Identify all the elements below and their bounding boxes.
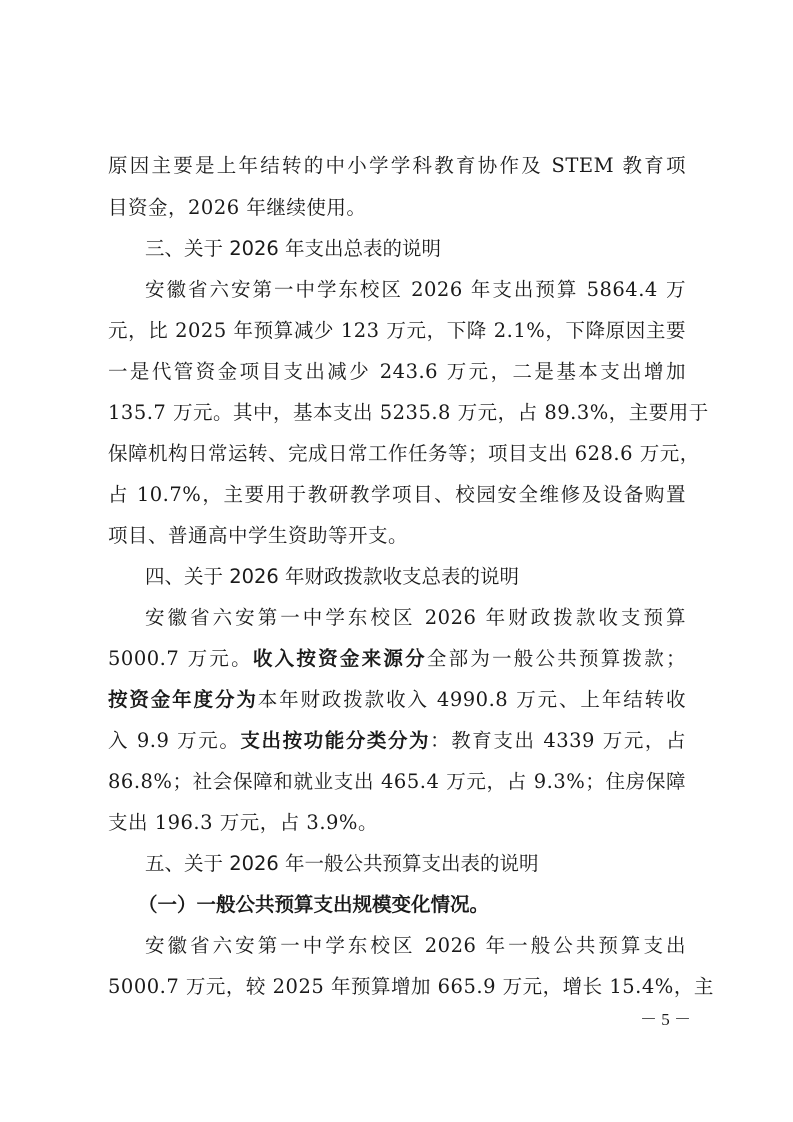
body-text-line: 支出 196.3 万元，占 3.9%。: [108, 809, 686, 837]
subsection-heading: （一）一般公共预算支出规模变化情况。: [138, 891, 489, 919]
body-text-line: 一是代管资金项目支出减少 243.6 万元，二是基本支出增加: [108, 358, 686, 386]
body-text-line: 5000.7 万元。收入按资金来源分全部为一般公共预算拨款；: [108, 645, 686, 673]
body-text-line: 保障机构日常运转、完成日常工作任务等；项目支出 628.6 万元，: [108, 440, 686, 468]
body-text-line: 项目、普通高中学生资助等开支。: [108, 522, 686, 550]
body-text-line: 入 9.9 万元。支出按功能分类分为：教育支出 4339 万元，占: [108, 727, 686, 755]
section-heading-4: 四、关于 2026 年财政拨款收支总表的说明: [145, 563, 519, 591]
body-text-line: 5000.7 万元，较 2025 年预算增加 665.9 万元，增长 15.4%…: [108, 973, 686, 1001]
bold-text-run: 支出按功能分类分为: [240, 729, 430, 752]
section-heading-3: 三、关于 2026 年支出总表的说明: [145, 235, 441, 263]
bold-text-run: 收入按资金来源分: [253, 647, 427, 670]
document-page: 原因主要是上年结转的中小学学科教育协作及 STEM 教育项 目资金，2026 年…: [0, 0, 793, 1122]
text-run: 5000.7 万元。: [108, 647, 253, 670]
body-text-line: 安徽省六安第一中学东校区 2026 年财政拨款收支预算: [145, 604, 686, 632]
body-text-line: 元，比 2025 年预算减少 123 万元，下降 2.1%，下降原因主要: [108, 317, 686, 345]
body-text-line: 按资金年度分为本年财政拨款收入 4990.8 万元、上年结转收: [108, 686, 686, 714]
text-run: 全部为一般公共预算拨款；: [427, 647, 686, 670]
page-number: － 5 －: [640, 1008, 691, 1032]
body-text-line: 135.7 万元。其中，基本支出 5235.8 万元，占 89.3%，主要用于: [108, 399, 686, 427]
body-text-line: 目资金，2026 年继续使用。: [108, 194, 686, 222]
bold-text-run: 按资金年度分为: [108, 688, 258, 711]
body-text-line: 原因主要是上年结转的中小学学科教育协作及 STEM 教育项: [108, 152, 686, 180]
text-run: 本年财政拨款收入 4990.8 万元、上年结转收: [258, 688, 686, 711]
text-run: 入 9.9 万元。: [108, 729, 240, 752]
body-text-line: 占 10.7%，主要用于教研教学项目、校园安全维修及设备购置: [108, 481, 686, 509]
body-text-line: 86.8%；社会保障和就业支出 465.4 万元，占 9.3%；住房保障: [108, 768, 686, 796]
body-text-line: 安徽省六安第一中学东校区 2026 年一般公共预算支出: [145, 932, 686, 960]
body-text-line: 安徽省六安第一中学东校区 2026 年支出预算 5864.4 万: [145, 276, 686, 304]
section-heading-5: 五、关于 2026 年一般公共预算支出表的说明: [145, 850, 539, 878]
text-run: ：教育支出 4339 万元，占: [430, 729, 686, 752]
